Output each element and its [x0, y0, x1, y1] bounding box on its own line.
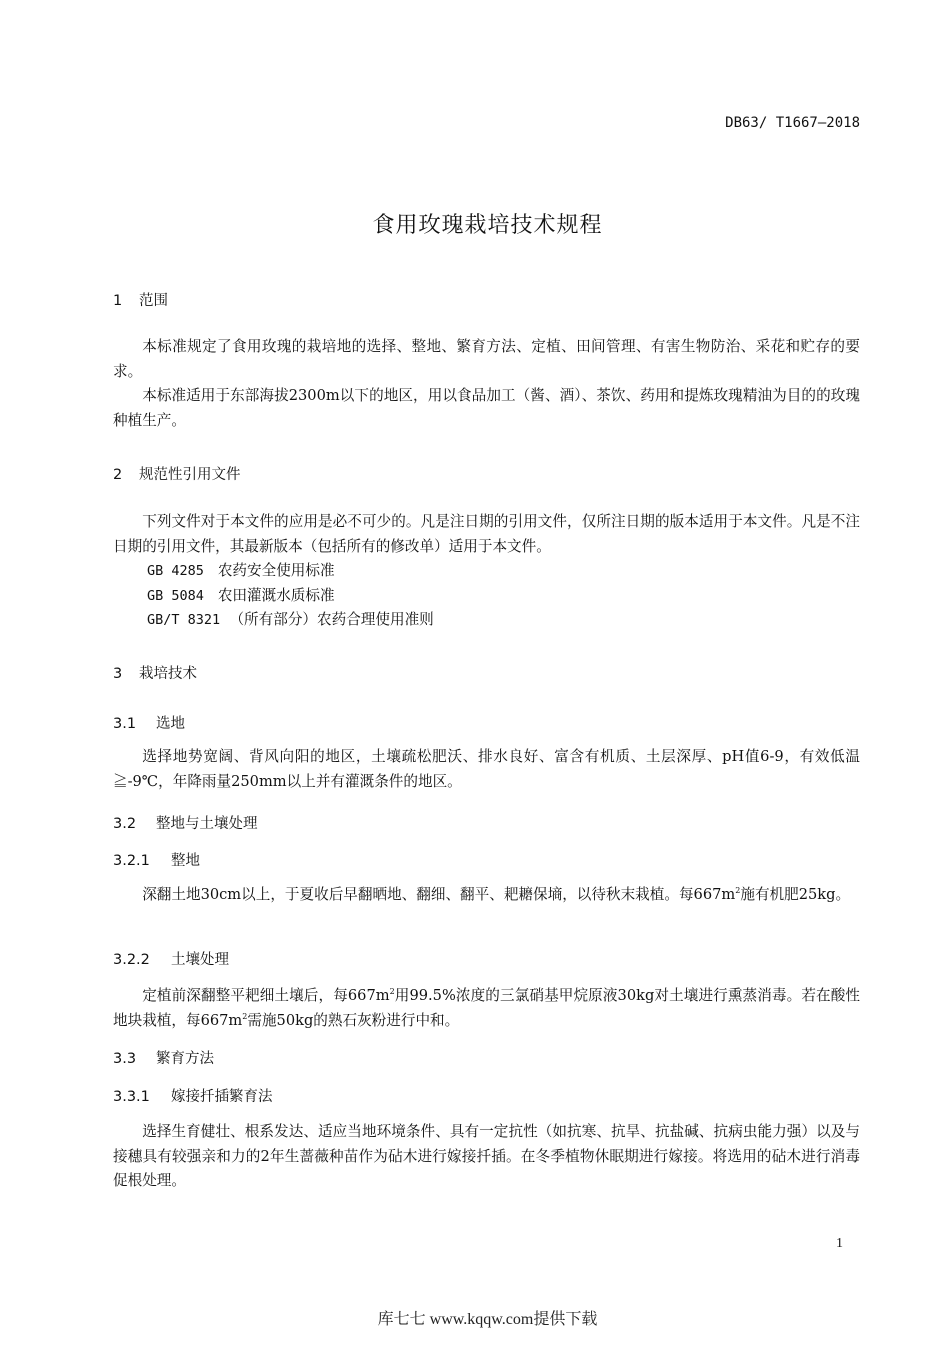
section-number: 3.2.1: [113, 853, 171, 869]
section-title: 规范性引用文件: [139, 467, 241, 483]
section-number: 3.2.2: [113, 952, 171, 968]
section-number: 3: [113, 666, 139, 682]
document-title: 食用玫瑰栽培技术规程: [0, 208, 950, 239]
reference-title: （所有部分）农药合理使用准则: [229, 611, 433, 628]
section-title: 繁育方法: [156, 1051, 214, 1067]
paragraph: 深翻土地30cm以上，于夏收后早翻晒地、翻细、翻平、耙耱保墒，以待秋末栽植。每6…: [113, 883, 860, 908]
reference-title: 农田灌溉水质标准: [218, 587, 335, 604]
section-number: 1: [113, 293, 139, 309]
section-title: 整地与土壤处理: [156, 816, 258, 832]
section-title: 整地: [171, 853, 200, 869]
section-title: 选地: [156, 716, 185, 732]
paragraph-text: 定植前深翻整平耙细土壤后，每667m: [142, 987, 389, 1004]
paragraph: 本标准规定了食用玫瑰的栽培地的选择、整地、繁育方法、定植、田间管理、有害生物防治…: [113, 335, 860, 384]
page-number: 1: [836, 1236, 843, 1252]
reference-item: GB 4285 农药安全使用标准: [147, 559, 335, 584]
section-3-3-1-heading: 3.3.1嫁接扦插繁育法: [113, 1085, 273, 1106]
section-number: 3.2: [113, 816, 156, 832]
paragraph: 选择生育健壮、根系发达、适应当地环境条件、具有一定抗性（如抗寒、抗旱、抗盐碱、抗…: [113, 1120, 860, 1194]
paragraph: 本标准适用于东部海拔2300m以下的地区，用以食品加工（酱、酒）、茶饮、药用和提…: [113, 384, 860, 433]
section-title: 范围: [139, 293, 168, 309]
reference-code: GB/T 8321: [147, 612, 220, 628]
section-number: 3.3: [113, 1051, 156, 1067]
section-3-2-2-heading: 3.2.2土壤处理: [113, 948, 229, 969]
standard-code: DB63/ T1667—2018: [725, 115, 860, 131]
paragraph: 定植前深翻整平耙细土壤后，每667m2用99.5%浓度的三氯硝基甲烷原液30kg…: [113, 984, 860, 1033]
reference-item: GB/T 8321 （所有部分）农药合理使用准则: [147, 608, 434, 633]
section-3-heading: 3栽培技术: [113, 662, 197, 683]
reference-code: GB 5084: [147, 588, 204, 604]
section-3-3-heading: 3.3繁育方法: [113, 1047, 214, 1068]
reference-title: 农药安全使用标准: [218, 562, 335, 579]
download-footer: 库七七 www.kqqw.com提供下载: [0, 1306, 950, 1329]
section-3-1-heading: 3.1选地: [113, 712, 185, 733]
section-3-2-1-heading: 3.2.1整地: [113, 849, 200, 870]
reference-item: GB 5084 农田灌溉水质标准: [147, 584, 335, 609]
paragraph-text: 深翻土地30cm以上，于夏收后早翻晒地、翻细、翻平、耙耱保墒，以待秋末栽植。每6…: [142, 886, 735, 903]
section-title: 嫁接扦插繁育法: [171, 1089, 273, 1105]
section-number: 3.1: [113, 716, 156, 732]
section-1-heading: 1范围: [113, 289, 168, 310]
paragraph: 选择地势宽阔、背风向阳的地区，土壤疏松肥沃、排水良好、富含有机质、土层深厚、pH…: [113, 745, 860, 794]
section-number: 3.3.1: [113, 1089, 171, 1105]
reference-code: GB 4285: [147, 563, 204, 579]
paragraph-text: 需施50kg的熟石灰粉进行中和。: [247, 1012, 459, 1029]
section-number: 2: [113, 467, 139, 483]
section-title: 栽培技术: [139, 666, 197, 682]
section-3-2-heading: 3.2整地与土壤处理: [113, 812, 258, 833]
paragraph: 下列文件对于本文件的应用是必不可少的。凡是注日期的引用文件，仅所注日期的版本适用…: [113, 510, 860, 559]
section-title: 土壤处理: [171, 952, 229, 968]
section-2-heading: 2规范性引用文件: [113, 463, 241, 484]
paragraph-text: 施有机肥25kg。: [740, 886, 850, 903]
